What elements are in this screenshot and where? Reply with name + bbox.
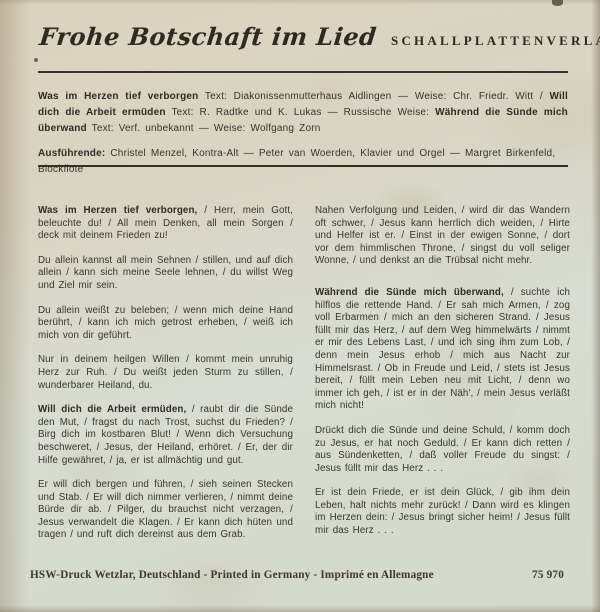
lyrics-paragraph: Er will dich bergen und führen, / sieh s… <box>38 479 293 542</box>
song-credit-2: Text: R. Radtke und K. Lukas — Russische… <box>166 107 435 118</box>
publisher-name: SCHALLPLATTENVERLAG <box>391 33 600 49</box>
lyrics-paragraph: Was im Herzen tief verborgen, / Herr, me… <box>38 205 293 243</box>
top-edge-shadow <box>0 0 600 5</box>
left-edge-shadow <box>0 0 30 612</box>
printer-imprint: HSW-Druck Wetzlar, Deutschland - Printed… <box>30 569 434 581</box>
divider-credits <box>38 165 568 167</box>
performers-names: Christel Menzel, Kontra-Alt — Peter van … <box>38 148 555 175</box>
label-logo-script: Frohe Botschaft im Lied <box>38 22 378 51</box>
footer: HSW-Druck Wetzlar, Deutschland - Printed… <box>30 569 564 581</box>
song-credits: Was im Herzen tief verborgen Text: Diako… <box>38 89 568 137</box>
catalog-number: 75 970 <box>532 569 564 581</box>
performers-label: Ausführende: <box>38 148 105 159</box>
performers-line: Ausführende: Christel Menzel, Kontra-Alt… <box>38 146 568 178</box>
song-title-1: Was im Herzen tief verborgen <box>38 91 198 102</box>
lyrics-paragraph: Während die Sünde mich überwand, / sucht… <box>315 287 570 413</box>
masthead: Frohe Botschaft im Lied SCHALLPLATTENVER… <box>38 22 570 51</box>
right-edge-shadow <box>591 0 600 612</box>
lyrics-columns: Was im Herzen tief verborgen, / Herr, me… <box>38 205 570 554</box>
lyrics-paragraph: Nahen Verfolgung und Leiden, / wird dir … <box>315 205 570 268</box>
publisher-line: SCHALLPLATTENVERLAG · WETZLAR <box>391 33 600 49</box>
lyrics-paragraph: Will dich die Arbeit ermüden, / raubt di… <box>38 404 293 467</box>
lyrics-paragraph: Er ist dein Friede, er ist dein Glück, /… <box>315 487 570 537</box>
lyrics-column-left: Was im Herzen tief verborgen, / Herr, me… <box>38 205 293 554</box>
lyrics-paragraph: Du allein kannst all mein Sehnen / still… <box>38 255 293 293</box>
song-credit-1: Text: Diakonissenmutterhaus Aidlingen — … <box>198 91 549 102</box>
bottom-edge-shadow <box>0 605 600 612</box>
lyrics-paragraph: Drückt dich die Sünde und deine Schuld, … <box>315 425 570 475</box>
divider-header <box>38 71 568 73</box>
lyrics-paragraph: Du allein weißt zu beleben; / wenn mich … <box>38 305 293 343</box>
paper-speck <box>552 0 563 6</box>
record-sleeve-back: Frohe Botschaft im Lied SCHALLPLATTENVER… <box>0 0 600 612</box>
lyrics-column-right: Nahen Verfolgung und Leiden, / wird dir … <box>315 205 570 554</box>
song-credit-3: Text: Verf. unbekannt — Weise: Wolfgang … <box>87 123 321 134</box>
ink-dot <box>34 58 38 62</box>
lyrics-paragraph: Nur in deinem heilgen Willen / kommt mei… <box>38 354 293 392</box>
